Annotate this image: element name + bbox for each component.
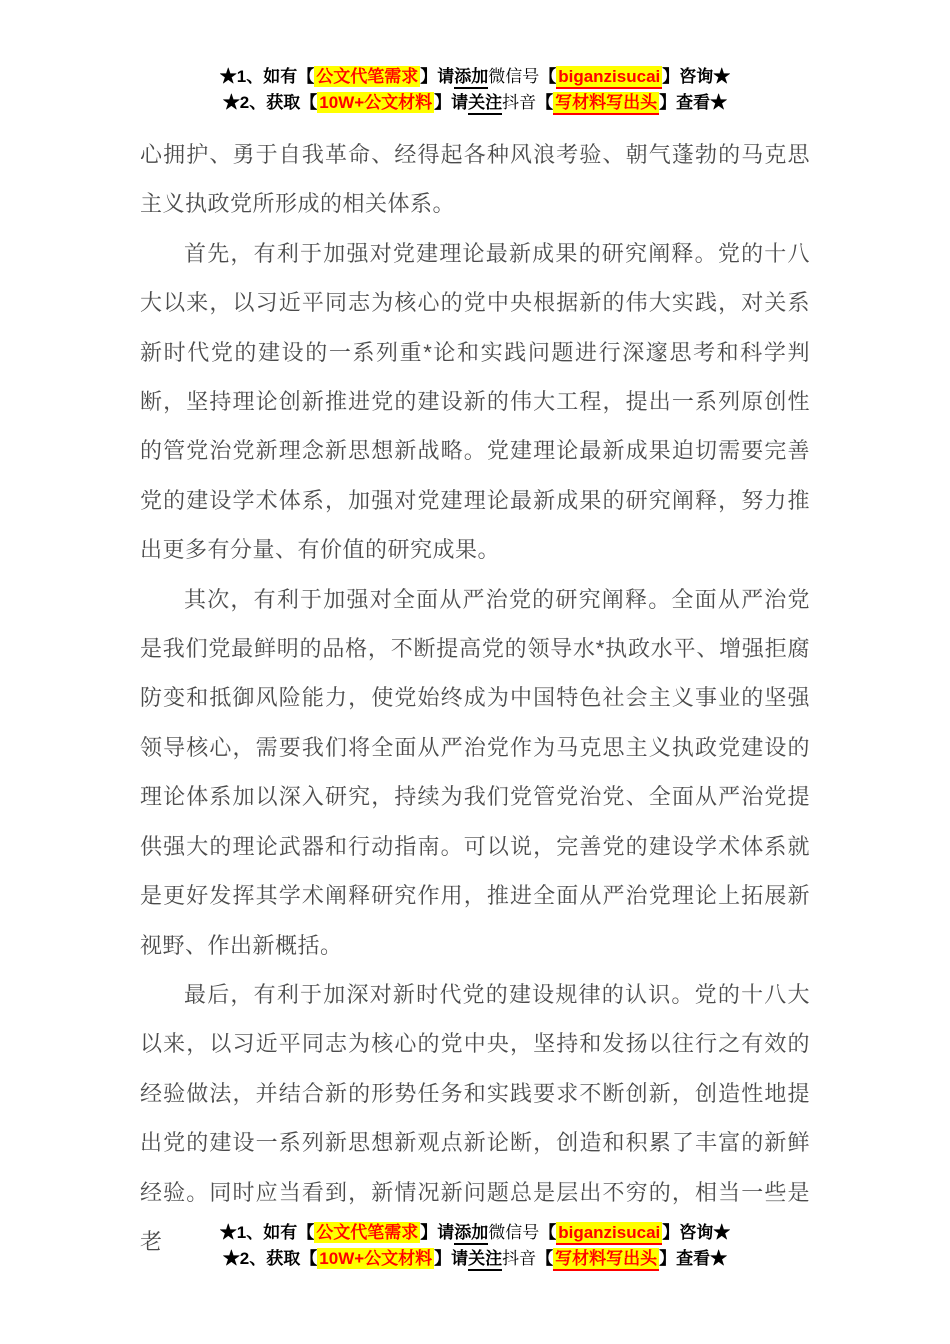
promo1-underlined-add: 添加	[454, 67, 488, 89]
promo2-mid: 】请	[434, 93, 468, 112]
document-page: ★1、如有【公文代笔需求】请添加微信号【biganzisucai】咨询★ ★2、…	[0, 0, 950, 1344]
promo2-douyin-id-link[interactable]: 写材料写出头	[553, 1248, 659, 1271]
paragraph-second-point: 其次，有利于加强对全面从严治党的研究阐释。全面从严治党是我们党最鲜明的品格，不断…	[140, 575, 810, 970]
promo2-suffix: 】查看★	[659, 93, 727, 112]
promo1-mid: 】请	[420, 1223, 454, 1242]
promo2-suffix: 】查看★	[659, 1249, 727, 1268]
paragraph-first-point: 首先，有利于加强对党建理论最新成果的研究阐释。党的十八大以来，以习近平同志为核心…	[140, 229, 810, 575]
promo2-underlined-follow: 关注	[468, 1249, 502, 1271]
promo2-mid: 】请	[434, 1249, 468, 1268]
promo2-douyin-id-link[interactable]: 写材料写出头	[553, 92, 659, 115]
paragraph-continuation: 心拥护、勇于自我革命、经得起各种风浪考验、朝气蓬勃的马克思主义执政党所形成的相关…	[140, 130, 810, 229]
promo1-highlight-service: 公文代笔需求	[314, 1222, 420, 1243]
promo2-bracket: 【	[536, 1249, 553, 1268]
document-body: 心拥护、勇于自我革命、经得起各种风浪考验、朝气蓬勃的马克思主义执政党所形成的相关…	[140, 130, 810, 1266]
promo1-bracket: 【	[539, 1223, 556, 1242]
promo1-prefix: ★1、如有【	[220, 67, 314, 86]
footer-promo-banner: ★1、如有【公文代笔需求】请添加微信号【biganzisucai】咨询★ ★2、…	[0, 1220, 950, 1272]
header-promo-line-1: ★1、如有【公文代笔需求】请添加微信号【biganzisucai】咨询★	[0, 64, 950, 90]
promo1-suffix: 】咨询★	[662, 1223, 730, 1242]
promo1-prefix: ★1、如有【	[220, 1223, 314, 1242]
promo1-mid: 】请	[420, 67, 454, 86]
promo2-douyin-label: 抖音	[502, 1249, 536, 1268]
promo1-wechat-id-link[interactable]: biganzisucai	[556, 1222, 662, 1245]
promo1-underlined-add: 添加	[454, 1223, 488, 1245]
promo2-underlined-follow: 关注	[468, 93, 502, 115]
promo2-highlight-materials: 10W+公文材料	[317, 92, 434, 113]
promo1-wechat-label: 微信号	[488, 67, 539, 86]
promo2-prefix: ★2、获取【	[223, 93, 317, 112]
promo1-wechat-id-link[interactable]: biganzisucai	[556, 66, 662, 89]
promo1-bracket: 【	[539, 67, 556, 86]
promo1-suffix: 】咨询★	[662, 67, 730, 86]
promo2-highlight-materials: 10W+公文材料	[317, 1248, 434, 1269]
promo2-douyin-label: 抖音	[502, 93, 536, 112]
header-promo-banner: ★1、如有【公文代笔需求】请添加微信号【biganzisucai】咨询★ ★2、…	[0, 0, 950, 116]
footer-promo-line-1: ★1、如有【公文代笔需求】请添加微信号【biganzisucai】咨询★	[0, 1220, 950, 1246]
promo1-highlight-service: 公文代笔需求	[314, 66, 420, 87]
header-promo-line-2: ★2、获取【10W+公文材料】请关注抖音【写材料写出头】查看★	[0, 90, 950, 116]
promo2-bracket: 【	[536, 93, 553, 112]
footer-promo-line-2: ★2、获取【10W+公文材料】请关注抖音【写材料写出头】查看★	[0, 1246, 950, 1272]
promo1-wechat-label: 微信号	[488, 1223, 539, 1242]
promo2-prefix: ★2、获取【	[223, 1249, 317, 1268]
